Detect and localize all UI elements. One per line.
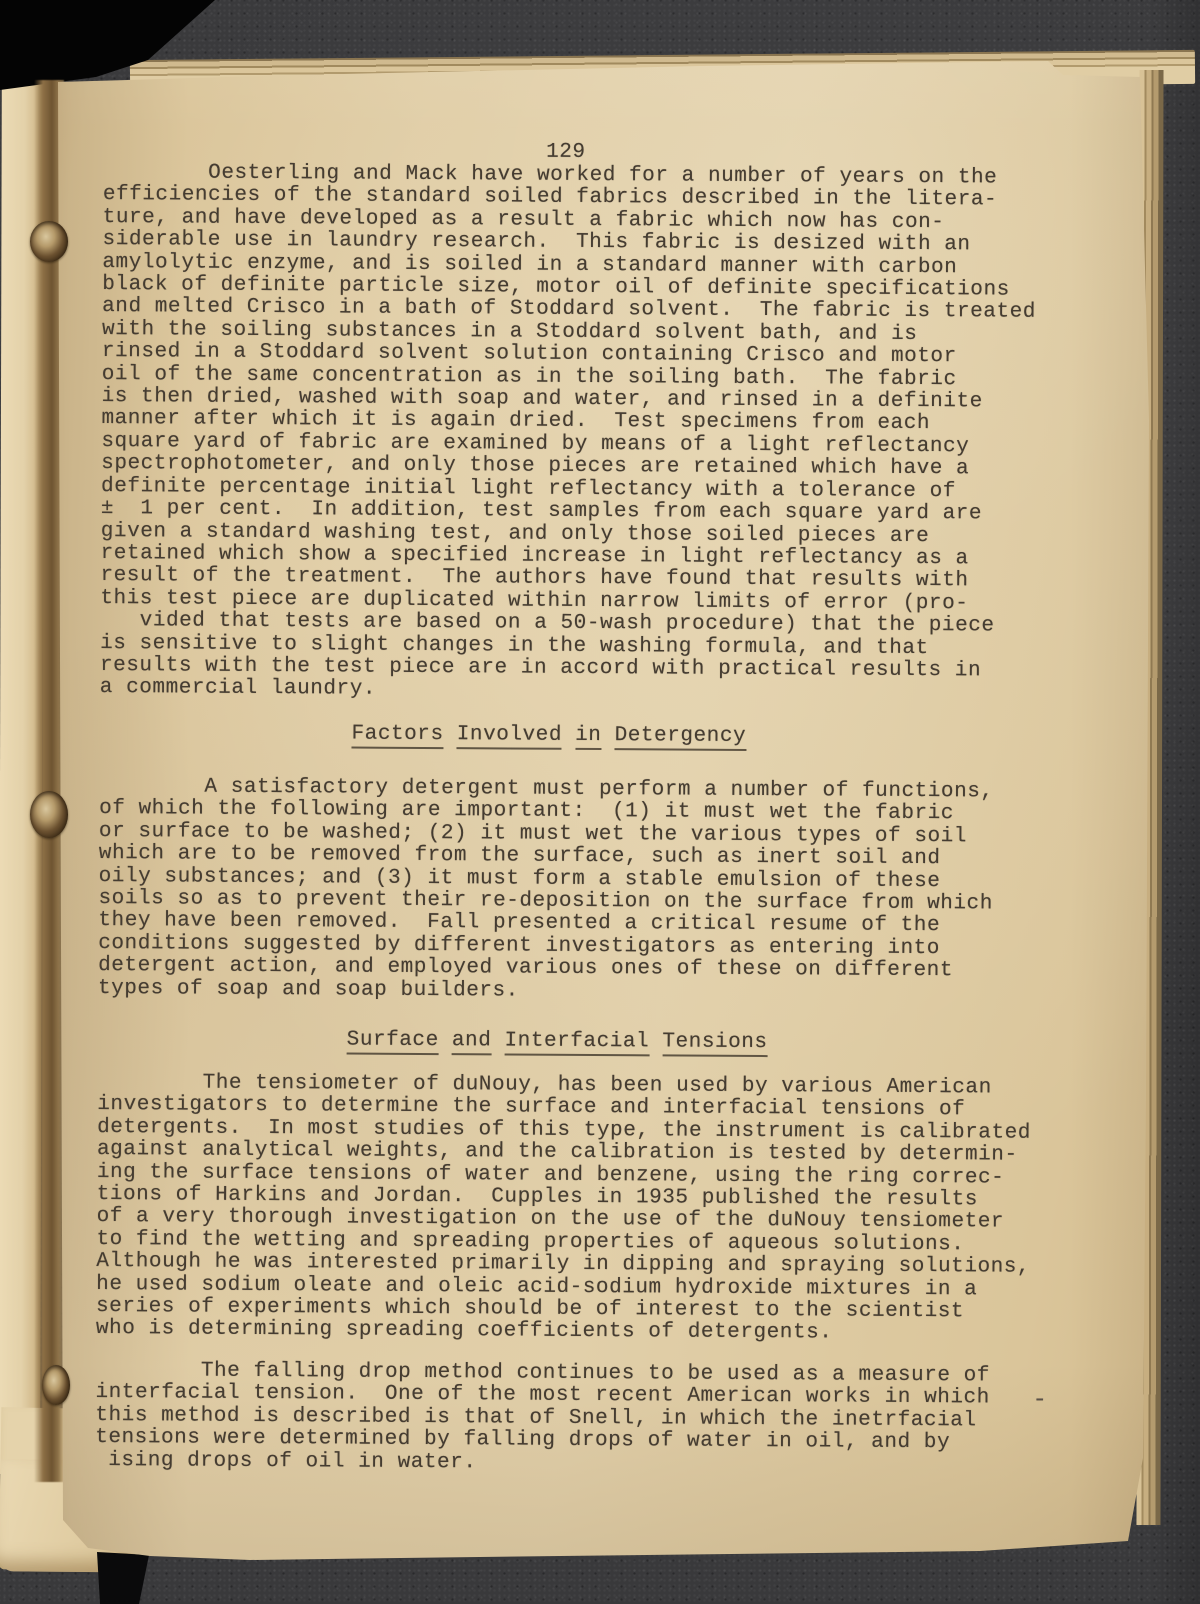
heading-word: Interfacial xyxy=(504,1029,649,1056)
heading-word: Detergency xyxy=(615,724,747,751)
section-heading-factors-in-detergency: Factors Involved in Detergency xyxy=(351,724,746,749)
typewritten-text-layer: 129 Oesterling and Mack have worked for … xyxy=(0,0,1200,1604)
paragraph-detergent-functions: A satisfactory detergent must perform a … xyxy=(98,776,994,1006)
paragraph-soiled-fabric-research: Oesterling and Mack have worked for a nu… xyxy=(100,162,1037,705)
heading-word: in xyxy=(575,724,601,750)
paragraph-tensiometer: The tensiometer of duNouy, has been used… xyxy=(96,1072,1031,1347)
heading-word: Factors xyxy=(351,723,443,750)
stray-pencil-mark: - xyxy=(1032,1390,1047,1412)
scanned-book-photo: 129 Oesterling and Mack have worked for … xyxy=(0,0,1200,1604)
page-number: 129 xyxy=(546,142,586,165)
heading-word: Tensions xyxy=(662,1030,767,1057)
heading-word: Surface xyxy=(347,1029,439,1056)
heading-word: and xyxy=(452,1029,492,1055)
section-heading-surface-interfacial-tensions: Surface and Interfacial Tensions xyxy=(347,1030,768,1055)
paragraph-falling-drop-method: The falling drop method continues to be … xyxy=(95,1360,990,1477)
heading-word: Involved xyxy=(457,723,562,750)
